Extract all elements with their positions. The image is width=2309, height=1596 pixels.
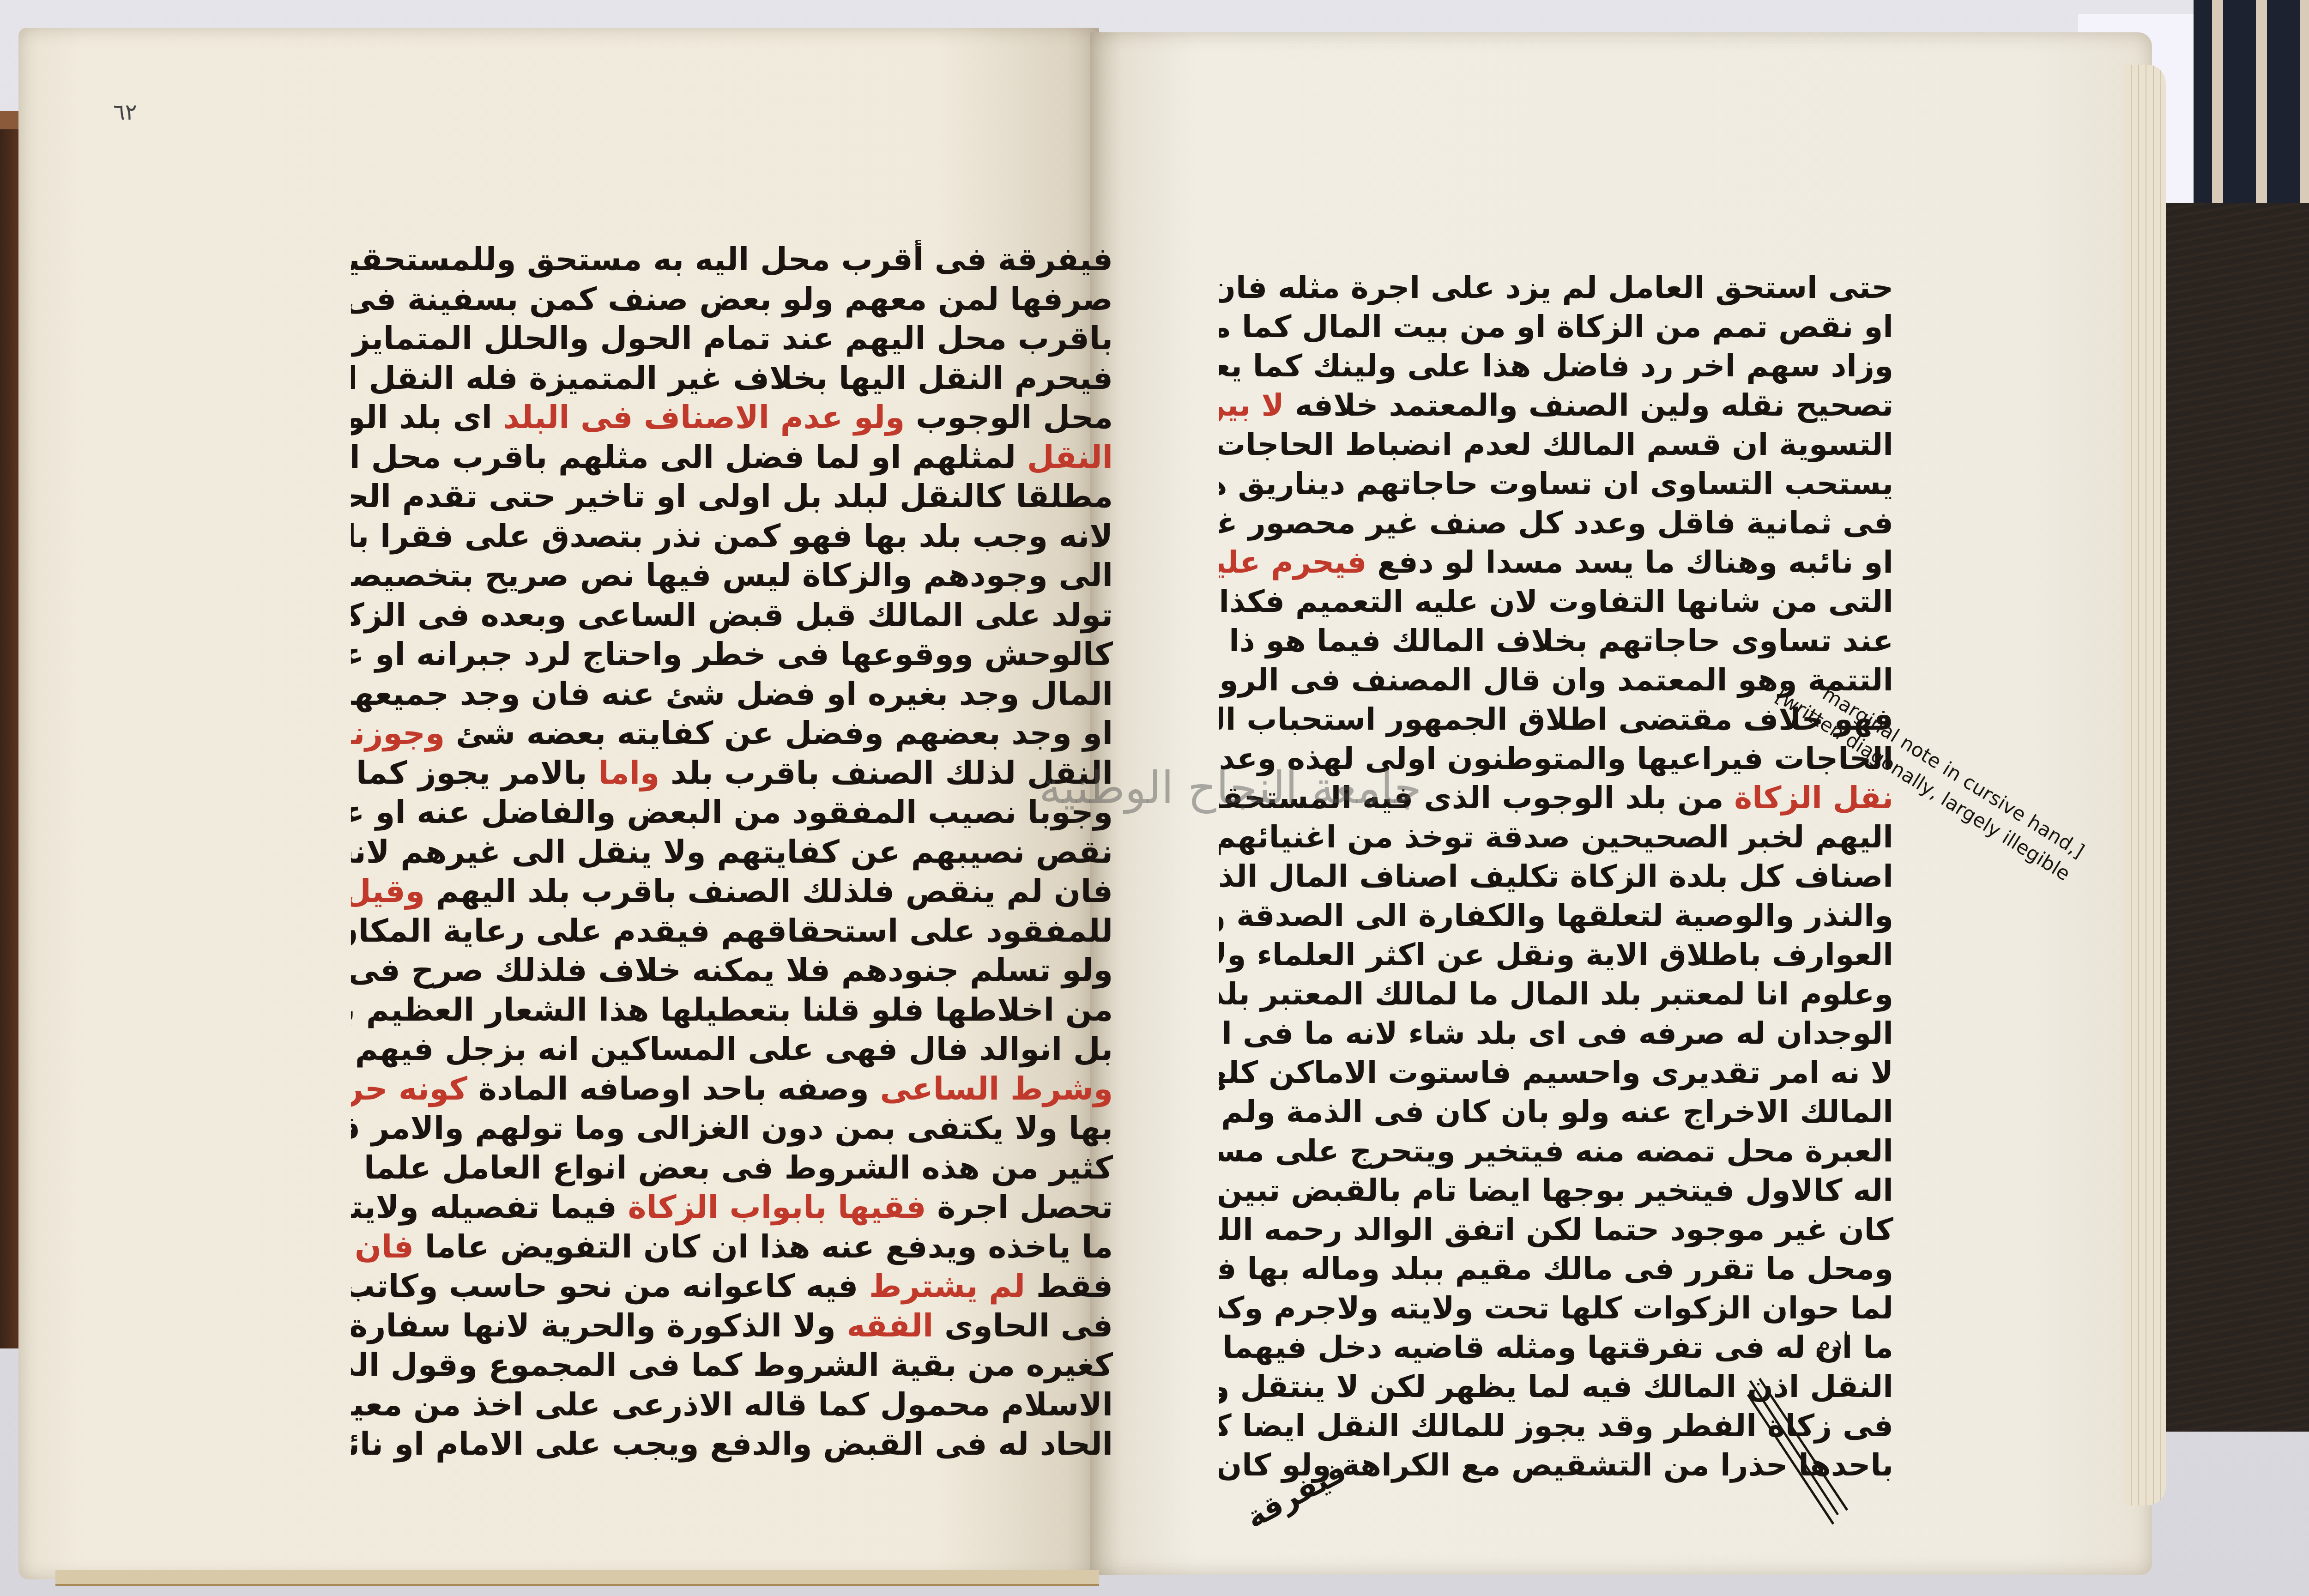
manuscript-line: او نائبه وهناك ما يسد مسدا لو دفع فيحرم … — [1219, 543, 1893, 582]
rubric-text: كونه حرا ذكرا عدلا — [351, 1071, 467, 1107]
library-watermark: جامعة النجاح الوطنية — [1039, 762, 1421, 814]
line-text: العوارف باطلاق الاية ونقل عن اكثر العلما… — [1219, 937, 1893, 973]
line-text: تصحيح نقله ولين الصنف والمعتمد خلافه — [1284, 387, 1893, 423]
manuscript-line: بل انوالد فال فهى على المساكين انه بزجل … — [351, 1030, 1113, 1070]
right-page-text: حتى استحق العامل لم يزد على اجرة مثله فا… — [1219, 268, 1893, 1485]
manuscript-line: او نقص تمم من الزكاة او من بيت المال كما… — [1219, 307, 1893, 346]
line-text: المالك الاخراج عنه ولو بان كان فى الذمة … — [1219, 1094, 1893, 1130]
line-text: المال وجد بغيره او فضل شئ عنه فان وجد جم… — [351, 676, 1113, 713]
line-text: ومحل ما تقرر فى مالك مقيم ببلد وماله بها… — [1219, 1251, 1893, 1287]
manuscript-line: تصحيح نقله ولين الصنف والمعتمد خلافه لا … — [1219, 386, 1893, 425]
line-text: لا نه امر تقديرى واحسيم فاستوت الاماكن ك… — [1219, 1055, 1893, 1090]
manuscript-line: الاسلام محمول كما قاله الاذرعى على اخذ م… — [351, 1385, 1113, 1425]
manuscript-line: للمفقود على استحقاقهم فيقدم على رعاية ال… — [351, 912, 1113, 951]
line-text: او نقص تمم من الزكاة او من بيت المال كما… — [1219, 309, 1893, 345]
rubric-text: النقل — [1016, 439, 1113, 476]
manuscript-line: ما ان له فى تفرقتها ومثله قاضيه دخل فيهم… — [1219, 1328, 1893, 1367]
manuscript-line: الى وجودهم والزكاة ليس فيها نص صريح بتخص… — [351, 556, 1113, 596]
rubric-text: فقيها بابواب الزكاة — [617, 1189, 926, 1226]
rubric-text: ولو عدم الاصناف فى البلد — [492, 399, 905, 436]
line-text: اليهم لخبر الصحيحين صدقة توخذ من اغنيائه… — [1219, 819, 1893, 855]
manuscript-line: الوجدان له صرفه فى اى بلد شاء لانه ما فى… — [1219, 1014, 1893, 1053]
line-text: الاسلام محمول كما قاله الاذرعى على اخذ م… — [351, 1387, 1113, 1423]
manuscript-line: النقل لذلك الصنف باقرب بلد واما بالامر ي… — [351, 754, 1113, 793]
manuscript-line: ولو تسلم جنودهم فلا يمكنه خلاف فلذلك صرح… — [351, 951, 1113, 991]
rubric-text: واما — [587, 755, 659, 792]
line-text: ما ياخذه ويدفع عنه هذا ان كان التفويض عا… — [414, 1229, 1113, 1265]
line-text: بالامر يجوز كما هو الاصح — [351, 755, 587, 792]
manuscript-line: فيحرم النقل اليها بخلاف غير المتميزة فله… — [351, 359, 1113, 399]
line-text: وصفه باحد اوصافه المادة — [467, 1071, 869, 1107]
line-text: والنذر والوصية لتعلقها والكفارة الى الصد… — [1219, 898, 1893, 933]
line-text: عند تساوى حاجاتهم بخلاف المالك فيما هو ذ… — [1219, 623, 1893, 659]
line-text: فان لم ينقص فلذلك الصنف باقرب بلد اليهم — [425, 873, 1113, 910]
line-text: ما ان له فى تفرقتها ومثله قاضيه دخل فيهم… — [1219, 1330, 1893, 1365]
manuscript-line: المالك الاخراج عنه ولو بان كان فى الذمة … — [1219, 1092, 1893, 1131]
dark-cover-board — [2147, 203, 2309, 1432]
manuscript-line: حتى استحق العامل لم يزد على اجرة مثله فا… — [1219, 268, 1893, 307]
line-text: فيما تفصيله ولايته كما قيده الماوردي بال… — [351, 1189, 617, 1226]
manuscript-line: لما حوان الزكوات كلها تحت ولايته ولاجرم … — [1219, 1288, 1893, 1328]
pen-flourish-icon — [1746, 1376, 1856, 1529]
manuscript-line: التسوية ان قسم المالك لعدم انضباط الحاجا… — [1219, 425, 1893, 464]
margin-word: ادم — [1815, 1328, 1850, 1358]
line-text: وجوبا نصيب المفقود من البعض والفاضل عنه … — [351, 794, 1113, 831]
manuscript-line: كغيره من بقية الشروط كما فى المجموع وقول… — [351, 1346, 1113, 1385]
manuscript-line: من اخلاطها فلو قلنا بتعطيلها هذا الشعار … — [351, 991, 1113, 1030]
manuscript-line: يستحب التساوى ان تساوت حاجاتهم ديناريق ه… — [1219, 464, 1893, 503]
line-text: للمفقود على استحقاقهم فيقدم على رعاية ال… — [351, 913, 1113, 949]
line-text: كالوحش ووقوعها فى خطر واحتاج لرد جبرانه … — [351, 636, 1113, 673]
manuscript-line: عند تساوى حاجاتهم بخلاف المالك فيما هو ذ… — [1219, 621, 1893, 660]
manuscript-line: او وجد بعضهم وفضل عن كفايته بعضه شئ وجوز… — [351, 714, 1113, 754]
rubric-text: وقيل ينقل — [351, 873, 425, 910]
folio-number: ٦٢ — [113, 99, 137, 125]
page-stack-edges — [2124, 65, 2166, 1505]
line-text: بل انوالد فال فهى على المساكين انه بزجل … — [351, 1031, 1113, 1068]
line-text: حتى استحق العامل لم يزد على اجرة مثله فا… — [1219, 270, 1893, 305]
manuscript-line: فان لم ينقص فلذلك الصنف باقرب بلد اليهم … — [351, 872, 1113, 912]
manuscript-line: فى الحاوى الفقه ولا الذكورة والحرية لانه… — [351, 1306, 1113, 1346]
manuscript-line: مطلقا كالنقل لبلد بل اولى او تاخير حتى ت… — [351, 477, 1113, 517]
manuscript-line: صرفها لمن معهم ولو بعض صنف كمن بسفينة فى… — [351, 280, 1113, 320]
manuscript-line: وشرط الساعى وصفه باحد اوصافه المادة كونه… — [351, 1070, 1113, 1109]
line-text: نقص نصيبهم عن كفايتهم ولا ينقل الى غيرهم… — [351, 834, 1113, 871]
manuscript-line: ما ياخذه ويدفع عنه هذا ان كان التفويض عا… — [351, 1227, 1113, 1267]
manuscript-line: والنذر والوصية لتعلقها والكفارة الى الصد… — [1219, 896, 1893, 935]
line-text: التسوية ان قسم المالك لعدم انضباط الحاجا… — [1219, 427, 1893, 462]
left-page-text: فيفرقة فى أقرب محل اليه به مستحق وللمستح… — [351, 240, 1113, 1464]
line-text: فى ثمانية فاقل وعدد كل صنف غير محصور غال… — [1219, 505, 1893, 541]
manuscript-line: الحاد له فى القبض والدفع ويجب على الامام… — [351, 1425, 1113, 1464]
manuscript-line: اصناف كل بلدة الزكاة تكليف اصناف المال ا… — [1219, 857, 1893, 896]
line-text: باقرب محل اليهم عند تمام الحول والحلل ال… — [351, 320, 1113, 357]
line-text: فيفرقة فى أقرب محل اليه به مستحق وللمستح… — [351, 242, 1113, 278]
line-text: الى وجودهم والزكاة ليس فيها نص صريح بتخص… — [351, 557, 1113, 594]
manuscript-line: النقل لمثلهم او لما فضل الى مثلهم باقرب … — [351, 438, 1113, 478]
rubric-text: الفقه — [836, 1308, 934, 1344]
manuscript-line: بها ولا يكتفى بمن دون الغزالى وما تولهم … — [351, 1109, 1113, 1149]
rubric-text: وشرط الساعى — [869, 1071, 1113, 1107]
manuscript-line: باقرب محل اليهم عند تمام الحول والحلل ال… — [351, 319, 1113, 359]
manuscript-line: ومحل ما تقرر فى مالك مقيم ببلد وماله بها… — [1219, 1249, 1893, 1288]
rubric-text: وجوزنا النقل — [351, 715, 445, 752]
manuscript-line: كالوحش ووقوعها فى خطر واحتاج لرد جبرانه … — [351, 635, 1113, 675]
photo-scene: ٦٢ فيفرقة فى أقرب محل اليه به مستحق وللم… — [0, 0, 2309, 1596]
page-stack-bottom — [55, 1570, 1099, 1586]
line-text: كغيره من بقية الشروط كما فى المجموع وقول… — [351, 1347, 1113, 1384]
line-text: الوجدان له صرفه فى اى بلد شاء لانه ما فى… — [1219, 1016, 1893, 1051]
rubric-text: لم يشترط — [858, 1268, 1025, 1305]
manuscript-line: التى من شانها التفاوت لان عليه التعميم ف… — [1219, 582, 1893, 621]
manuscript-line: تولد على المالك قبل قبض الساعى وبعده فى … — [351, 596, 1113, 635]
line-text: اله كالاول فيتخير بوجها ايضا تام بالقبض … — [1219, 1173, 1893, 1208]
line-text: فقط — [1025, 1268, 1113, 1305]
line-text: ولو تسلم جنودهم فلا يمكنه خلاف فلذلك صرح… — [351, 952, 1113, 989]
manuscript-line: اليهم لخبر الصحيحين صدقة توخذ من اغنيائه… — [1219, 817, 1893, 857]
line-text: لمثلهم او لما فضل الى مثلهم باقرب محل ال… — [351, 439, 1016, 476]
manuscript-line: تحصل اجرة فقيها بابواب الزكاة فيما تفصيل… — [351, 1188, 1113, 1227]
line-text: من اخلاطها فلو قلنا بتعطيلها هذا الشعار … — [351, 992, 1113, 1028]
manuscript-line: فى ثمانية فاقل وعدد كل صنف غير محصور غال… — [1219, 503, 1893, 543]
line-text: لانه وجب بلد بها فهو كمن نذر بتصدق على ف… — [351, 518, 1113, 555]
line-text: اصناف كل بلدة الزكاة تكليف اصناف المال ا… — [1219, 858, 1893, 894]
line-text: تولد على المالك قبل قبض الساعى وبعده فى … — [351, 597, 1113, 634]
manuscript-line: وزاد سهم اخر رد فاضل هذا على ولينك كما ي… — [1219, 346, 1893, 386]
rubric-text: نقل الزكاة — [1723, 780, 1893, 816]
line-text: فيحرم النقل اليها بخلاف غير المتميزة فله… — [351, 360, 1113, 397]
line-text: التى من شانها التفاوت لان عليه التعميم ف… — [1219, 584, 1893, 619]
line-text: كثير من هذه الشروط فى بعض انواع العامل ع… — [351, 1150, 1113, 1186]
line-text: وزاد سهم اخر رد فاضل هذا على ولينك كما ي… — [1219, 348, 1893, 384]
manuscript-line: محل الوجوب ولو عدم الاصناف فى البلد اى ب… — [351, 398, 1113, 438]
line-text: او نائبه وهناك ما يسد مسدا لو دفع — [1366, 544, 1893, 580]
line-text: اى بلد الوجوب او فضل شئ عنهم — [351, 399, 492, 436]
line-text: وعلوم انا لمعتبر بلد المال ما لمالك المع… — [1219, 976, 1893, 1012]
line-text: او وجد بعضهم وفضل عن كفايته بعضه شئ — [445, 715, 1113, 752]
rubric-text: لا بين احاد الصنف — [1219, 387, 1284, 423]
manuscript-line: المال وجد بغيره او فضل شئ عنه فان وجد جم… — [351, 675, 1113, 714]
line-text: لما حوان الزكوات كلها تحت ولايته ولاجرم … — [1219, 1290, 1893, 1326]
manuscript-line: لانه وجب بلد بها فهو كمن نذر بتصدق على ف… — [351, 517, 1113, 556]
line-text: صرفها لمن معهم ولو بعض صنف كمن بسفينة فى… — [351, 281, 1113, 318]
manuscript-line: كان غير موجود حتما لكن اتفق الوالد رحمه … — [1219, 1210, 1893, 1249]
line-text: مطلقا كالنقل لبلد بل اولى او تاخير حتى ت… — [351, 478, 1113, 515]
line-text: العبرة محل تمضه منه فيتخير ويتحرج على مس… — [1219, 1133, 1893, 1169]
line-text: كان غير موجود حتما لكن اتفق الوالد رحمه … — [1219, 1212, 1893, 1247]
manuscript-line: اله كالاول فيتخير بوجها ايضا تام بالقبض … — [1219, 1171, 1893, 1210]
manuscript-line: وعلوم انا لمعتبر بلد المال ما لمالك المع… — [1219, 974, 1893, 1014]
manuscript-line: نقص نصيبهم عن كفايتهم ولا ينقل الى غيرهم… — [351, 833, 1113, 872]
line-text: تحصل اجرة — [926, 1189, 1113, 1226]
line-text: فيه كاعوانه من نحو حاسب وكاتب ومشرف كما … — [351, 1268, 858, 1305]
manuscript-line: العبرة محل تمضه منه فيتخير ويتحرج على مس… — [1219, 1131, 1893, 1171]
manuscript-line: لا نه امر تقديرى واحسيم فاستوت الاماكن ك… — [1219, 1053, 1893, 1092]
manuscript-line: كثير من هذه الشروط فى بعض انواع العامل ع… — [351, 1149, 1113, 1188]
line-text: فى الحاوى — [933, 1308, 1113, 1344]
line-text: يستحب التساوى ان تساوت حاجاتهم ديناريق ه… — [1219, 466, 1893, 502]
line-text: الحاد له فى القبض والدفع ويجب على الامام… — [351, 1426, 1113, 1463]
rubric-text: فان عين له اخذ ودفع — [351, 1229, 414, 1265]
line-text: ولا الذكورة والحرية لانها سفارة لاولاية … — [351, 1308, 836, 1344]
manuscript-line: فيفرقة فى أقرب محل اليه به مستحق وللمستح… — [351, 240, 1113, 280]
manuscript-line: فقط لم يشترط فيه كاعوانه من نحو حاسب وكا… — [351, 1267, 1113, 1306]
manuscript-line: وجوبا نصيب المفقود من البعض والفاضل عنه … — [351, 793, 1113, 833]
manuscript-line: العوارف باطلاق الاية ونقل عن اكثر العلما… — [1219, 935, 1893, 974]
line-text: محل الوجوب — [905, 399, 1113, 436]
rubric-text: فيحرم عليه التفضيل مع تساوى الحاجات — [1219, 544, 1366, 580]
line-text: بها ولا يكتفى بمن دون الغزالى وما تولهم … — [351, 1110, 1113, 1147]
